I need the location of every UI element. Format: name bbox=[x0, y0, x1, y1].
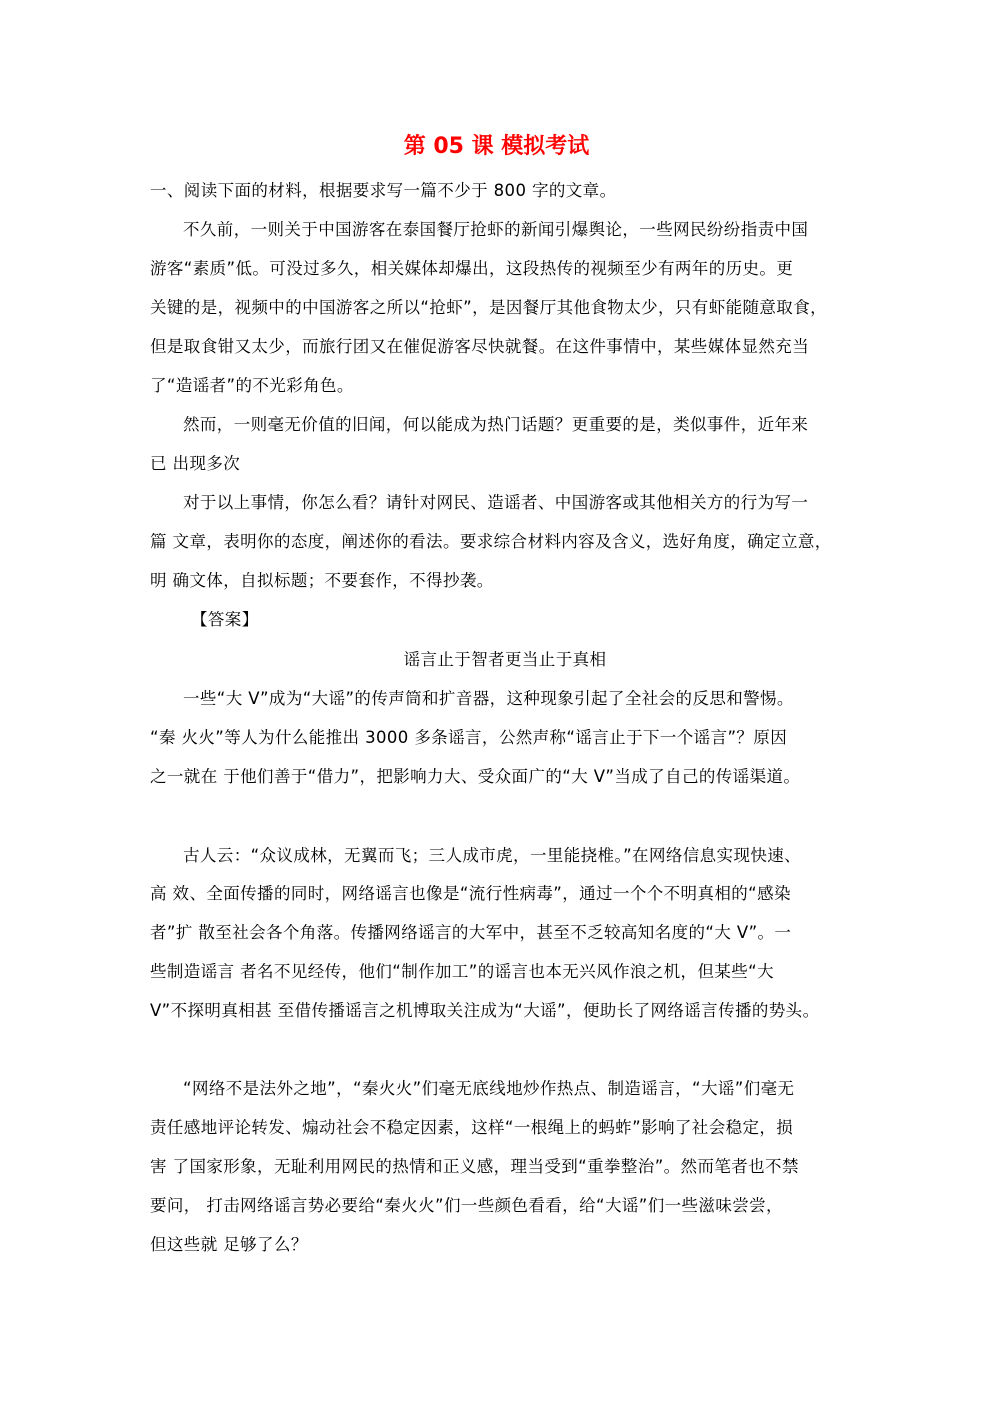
question-heading: 一、阅读下面的材料，根据要求写一篇不少于 800 字的文章。 bbox=[150, 180, 860, 202]
essay-p2-line: 古人云：“众议成林，无翼而飞；三人成市虎，一里能挠椎。”在网络信息实现快速、 bbox=[183, 845, 893, 867]
material-p1-line: 了“造谣者”的不光彩角色。 bbox=[150, 375, 860, 397]
material-p3-line: 对于以上事情，你怎么看？请针对网民、造谣者、中国游客或其他相关方的行为写一 bbox=[183, 492, 893, 514]
essay-p2-line: 者”扩 散至社会各个角落。传播网络谣言的大军中，甚至不乏较高知名度的“大 V”。… bbox=[150, 922, 860, 944]
document-page: 第 05 课 模拟考试 一、阅读下面的材料，根据要求写一篇不少于 800 字的文… bbox=[0, 0, 993, 1404]
material-p3-line: 明 确文体，自拟标题；不要套作，不得抄袭。 bbox=[150, 570, 860, 592]
material-p1-line: 但是取食钳又太少，而旅行团又在催促游客尽快就餐。在这件事情中，某些媒体显然充当 bbox=[150, 336, 860, 358]
page-title: 第 05 课 模拟考试 bbox=[0, 132, 993, 162]
material-p1-line: 游客“素质”低。可没过多久，相关媒体却爆出，这段热传的视频至少有两年的历史。更 bbox=[150, 258, 860, 280]
essay-p3-line: 但这些就 足够了么？ bbox=[150, 1234, 860, 1256]
answer-label: 【答案】 bbox=[191, 609, 901, 631]
material-p2-line: 已 出现多次 bbox=[150, 453, 860, 475]
essay-p2-line: 些制造谣言 者名不见经传，他们“制作加工”的谣言也本无兴风作浪之机，但某些“大 bbox=[150, 961, 860, 983]
essay-p1-line: 一些“大 V”成为“大谣”的传声筒和扩音器，这种现象引起了全社会的反思和警惕。 bbox=[183, 688, 893, 710]
material-p1-line: 关键的是，视频中的中国游客之所以“抢虾”，是因餐厅其他食物太少，只有虾能随意取食… bbox=[150, 297, 860, 319]
material-p1-line: 不久前，一则关于中国游客在泰国餐厅抢虾的新闻引爆舆论，一些网民纷纷指责中国 bbox=[183, 219, 893, 241]
essay-p2-line: V”不探明真相甚 至借传播谣言之机博取关注成为“大谣”，便助长了网络谣言传播的势… bbox=[150, 1000, 860, 1022]
material-p2-line: 然而，一则毫无价值的旧闻，何以能成为热门话题？更重要的是，类似事件，近年来 bbox=[183, 414, 893, 436]
essay-p3-line: 责任感地评论转发、煽动社会不稳定因素，这样“一根绳上的蚂蚱”影响了社会稳定，损 bbox=[150, 1117, 860, 1139]
essay-p3-line: 要问， 打击网络谣言势必要给“秦火火”们一些颜色看看，给“大谣”们一些滋味尝尝， bbox=[150, 1195, 860, 1217]
essay-p3-line: 害 了国家形象，无耻利用网民的热情和正义感，理当受到“重拳整治”。然而笔者也不禁 bbox=[150, 1156, 860, 1178]
material-p3-line: 篇 文章，表明你的态度，阐述你的看法。要求综合材料内容及含义，选好角度，确定立意… bbox=[150, 531, 860, 553]
essay-p2-line: 高 效、全面传播的同时，网络谣言也像是“流行性病毒”，通过一个个不明真相的“感染 bbox=[150, 883, 860, 905]
essay-p1-line: 之一就在 于他们善于“借力”，把影响力大、受众面广的“大 V”当成了自己的传谣渠… bbox=[150, 766, 860, 788]
essay-p1-line: “秦 火火”等人为什么能推出 3000 多条谣言，公然声称“谣言止于下一个谣言”… bbox=[150, 727, 860, 749]
essay-title: 谣言止于智者更当止于真相 bbox=[150, 649, 860, 671]
essay-p3-line: “网络不是法外之地”，“秦火火”们毫无底线地炒作热点、制造谣言，“大谣”们毫无 bbox=[183, 1078, 893, 1100]
